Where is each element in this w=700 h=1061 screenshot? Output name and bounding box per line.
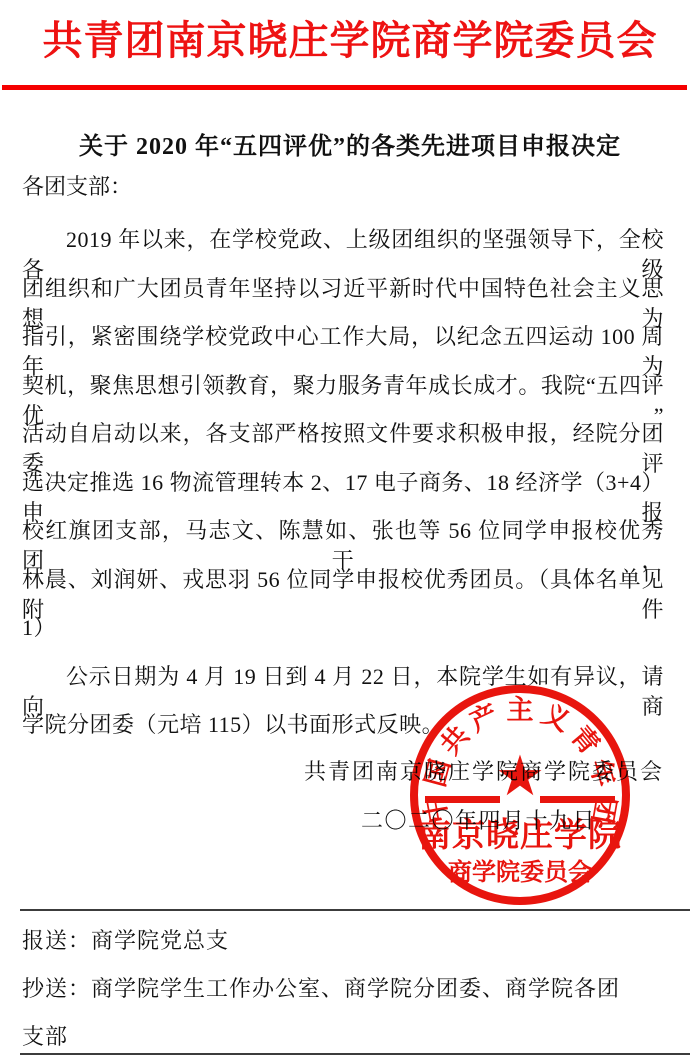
footer-line: 抄送：商学院学生工作办公室、商学院分团委、商学院各团 — [22, 974, 620, 1004]
footer-line: 报送：商学院党总支 — [22, 926, 229, 956]
salutation: 各团支部： — [22, 172, 132, 202]
official-document-page: 共青团南京晓庄学院商学院委员会 关于 2020 年“五四评优”的各类先进项目申报… — [0, 0, 700, 1061]
body-line: 学院分团委（元培 115）以书面形式反映。 — [22, 710, 664, 740]
body-line: 1） — [22, 613, 664, 643]
footer-line: 支部 — [22, 1022, 68, 1052]
footer-divider-bottom — [20, 1053, 690, 1055]
document-body: 各团支部： 2019 年以来，在学校党政、上级团组织的坚强领导下，全校各级团组织… — [22, 0, 664, 1061]
signature-org-name: 共青团南京晓庄学院商学院委员会 — [22, 757, 664, 787]
signature-date: 二〇二〇年四月十九日 — [22, 806, 664, 836]
footer-divider-top — [20, 909, 690, 911]
